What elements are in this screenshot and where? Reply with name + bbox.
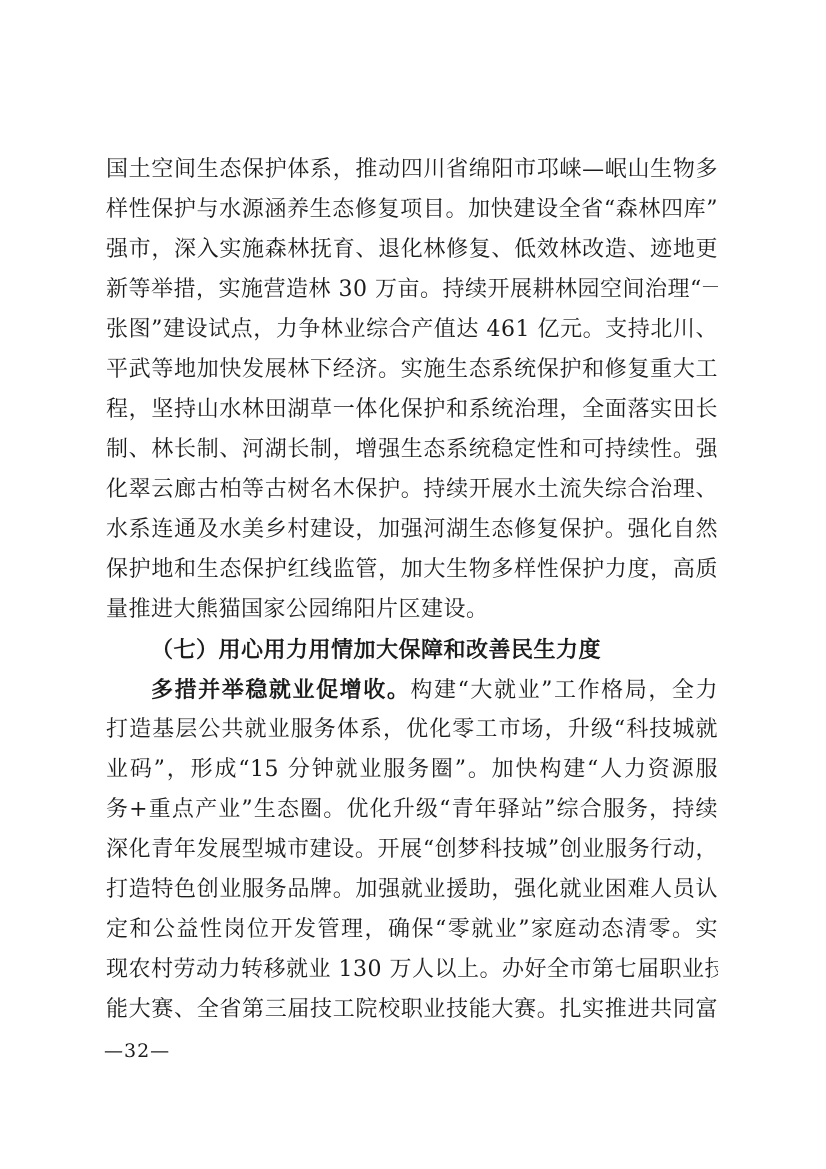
section-heading: （七）用心用力用情加大保障和改善民生力度 <box>106 630 718 670</box>
text-line: 现农村劳动力转移就业 130 万人以上。办好全市第七届职业技 <box>106 950 718 990</box>
text-line: 样性保护与水源涵养生态修复项目。加快建设全省“森林四库” <box>106 190 718 230</box>
page-text-block: 国土空间生态保护体系，推动四川省绵阳市邛崃—岷山生物多 样性保护与水源涵养生态修… <box>106 150 718 1030</box>
text-line: 打造基层公共就业服务体系，优化零工市场，升级“科技城就 <box>106 710 718 750</box>
text-line: 程，坚持山水林田湖草一体化保护和系统治理，全面落实田长 <box>106 390 718 430</box>
text-line: 张图”建设试点，力争林业综合产值达 461 亿元。支持北川、 <box>106 310 718 350</box>
text-line: 新等举措，实施营造林 30 万亩。持续开展耕林园空间治理“一 <box>106 270 718 310</box>
text-line: 深化青年发展型城市建设。开展“创梦科技城”创业服务行动， <box>106 830 718 870</box>
text-line: 制、林长制、河湖长制，增强生态系统稳定性和可持续性。强 <box>106 430 718 470</box>
paragraph-lead-rest: 构建“大就业”工作格局，全力 <box>410 678 718 703</box>
text-line: 务+重点产业”生态圈。优化升级“青年驿站”综合服务，持续 <box>106 790 718 830</box>
text-line: 打造特色创业服务品牌。加强就业援助，强化就业困难人员认 <box>106 870 718 910</box>
text-line: 量推进大熊猫国家公园绵阳片区建设。 <box>106 590 718 630</box>
text-line: 国土空间生态保护体系，推动四川省绵阳市邛崃—岷山生物多 <box>106 150 718 190</box>
text-line: 定和公益性岗位开发管理，确保“零就业”家庭动态清零。实 <box>106 910 718 950</box>
text-line: 业码”，形成“15 分钟就业服务圈”。加快构建“人力资源服 <box>106 750 718 790</box>
text-line: 水系连通及水美乡村建设，加强河湖生态修复保护。强化自然 <box>106 510 718 550</box>
paragraph-ecology: 国土空间生态保护体系，推动四川省绵阳市邛崃—岷山生物多 样性保护与水源涵养生态修… <box>106 150 718 630</box>
text-line: 多措并举稳就业促增收。构建“大就业”工作格局，全力 <box>106 670 718 710</box>
text-line: 强市，深入实施森林抚育、退化林修复、低效林改造、迹地更 <box>106 230 718 270</box>
text-line: 能大赛、全省第三届技工院校职业技能大赛。扎实推进共同富 <box>106 990 718 1030</box>
document-page: 国土空间生态保护体系，推动四川省绵阳市邛崃—岷山生物多 样性保护与水源涵养生态修… <box>0 0 826 1169</box>
page-number: —32— <box>104 1040 170 1062</box>
paragraph-employment: 多措并举稳就业促增收。构建“大就业”工作格局，全力 打造基层公共就业服务体系，优… <box>106 670 718 1030</box>
text-line: 化翠云廊古柏等古树名木保护。持续开展水土流失综合治理、 <box>106 470 718 510</box>
text-line: 保护地和生态保护红线监管，加大生物多样性保护力度，高质 <box>106 550 718 590</box>
paragraph-lead-bold: 多措并举稳就业促增收。 <box>151 677 410 703</box>
text-line: 平武等地加快发展林下经济。实施生态系统保护和修复重大工 <box>106 350 718 390</box>
